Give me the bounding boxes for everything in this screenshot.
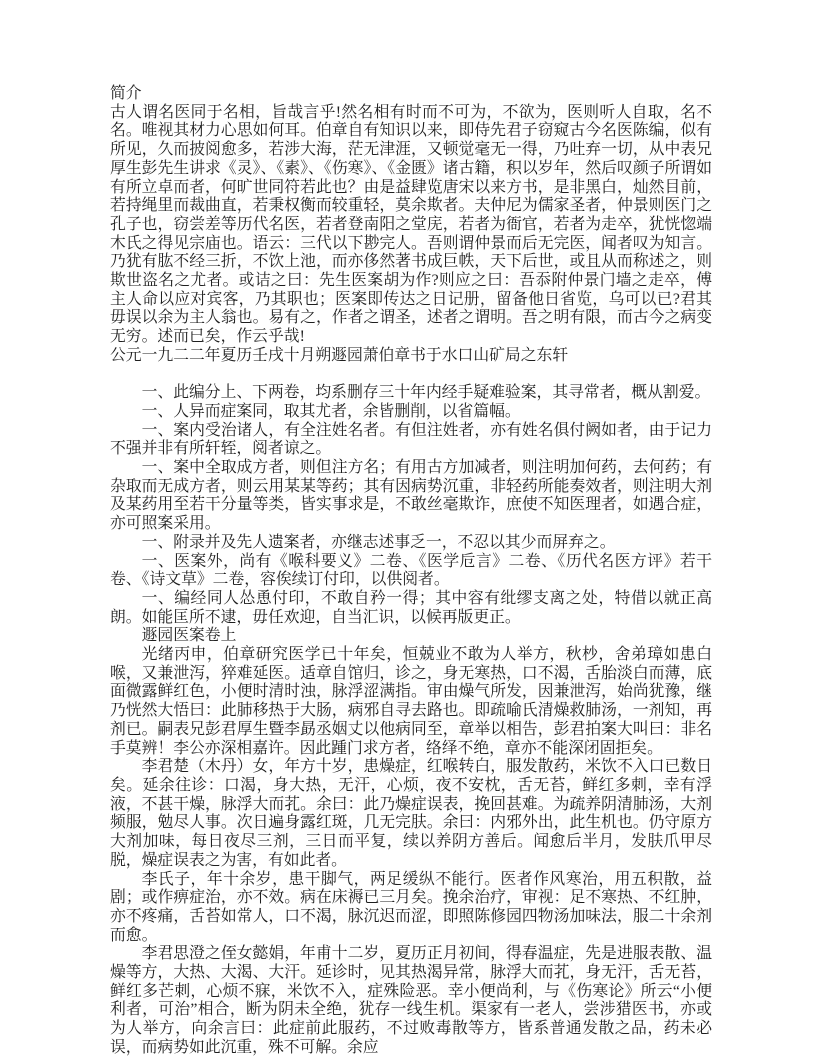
- case-records: 光绪丙申，伯章研究医学已十年矣，恒兢业不敢为人举方，秋杪，舍弟璋如患白喉，又兼泄…: [110, 646, 712, 1056]
- note-item: 一、案中全取成方者，则但注方名；有用古方加减者，则注明加何药，去何药；有杂取而无…: [110, 459, 712, 534]
- note-item: 一、附录并及先人遗案者，亦继志述事乏一，不忍以其少而屏弃之。: [110, 534, 712, 553]
- intro-paragraph: 古人谓名医同于名相，旨哉言乎!然名相有时而不可为，不欲为，医则听人自取，名不名。…: [110, 104, 712, 347]
- document-page: 简介 古人谓名医同于名相，旨哉言乎!然名相有时而不可为，不欲为，医则听人自取，名…: [0, 0, 816, 1056]
- note-item: 一、案内受治诸人，有全注姓名者。有但注姓者，亦有姓名俱付阙如者，由于记力不强并非…: [110, 422, 712, 459]
- case-paragraph: 李君楚（木丹）女，年方十岁，患燥症，红喉转白，服发散药，米饮不入口已数日矣。延余…: [110, 758, 712, 870]
- page-title: 简介: [110, 85, 712, 104]
- note-item: 一、此编分上、下两卷，均系删存三十年内经手疑难验案，其寻常者，概从割爱。: [110, 384, 712, 403]
- note-item: 一、人异而症案同，取其尤者，余皆删削，以省篇幅。: [110, 403, 712, 422]
- editorial-notes: 一、此编分上、下两卷，均系删存三十年内经手疑难验案，其寻常者，概从割爱。 一、人…: [110, 384, 712, 627]
- volume-heading: 遯园医案卷上: [110, 627, 712, 646]
- note-item: 一、编经同人怂恿付印，不敢自矜一得；其中容有纰缪支离之处，特借以就正高朗。如能匡…: [110, 590, 712, 627]
- dateline: 公元一九二二年夏历壬戌十月朔遯园萧伯章书于水口山矿局之东轩: [110, 347, 712, 366]
- note-item: 一、医案外，尚有《喉科要义》二卷、《医学卮言》二卷、《历代名医方评》若干卷、《诗…: [110, 553, 712, 590]
- case-paragraph: 李氏子，年十余岁，患干脚气，两足缓纵不能行。医者作风寒治，用五积散，益剧；或作痹…: [110, 871, 712, 946]
- case-paragraph: 光绪丙申，伯章研究医学已十年矣，恒兢业不敢为人举方，秋杪，舍弟璋如患白喉，又兼泄…: [110, 646, 712, 758]
- case-paragraph: 李君思澄之侄女懿娟，年甫十二岁，夏历正月初间，得春温症，先是进服表散、温燥等方，…: [110, 945, 712, 1056]
